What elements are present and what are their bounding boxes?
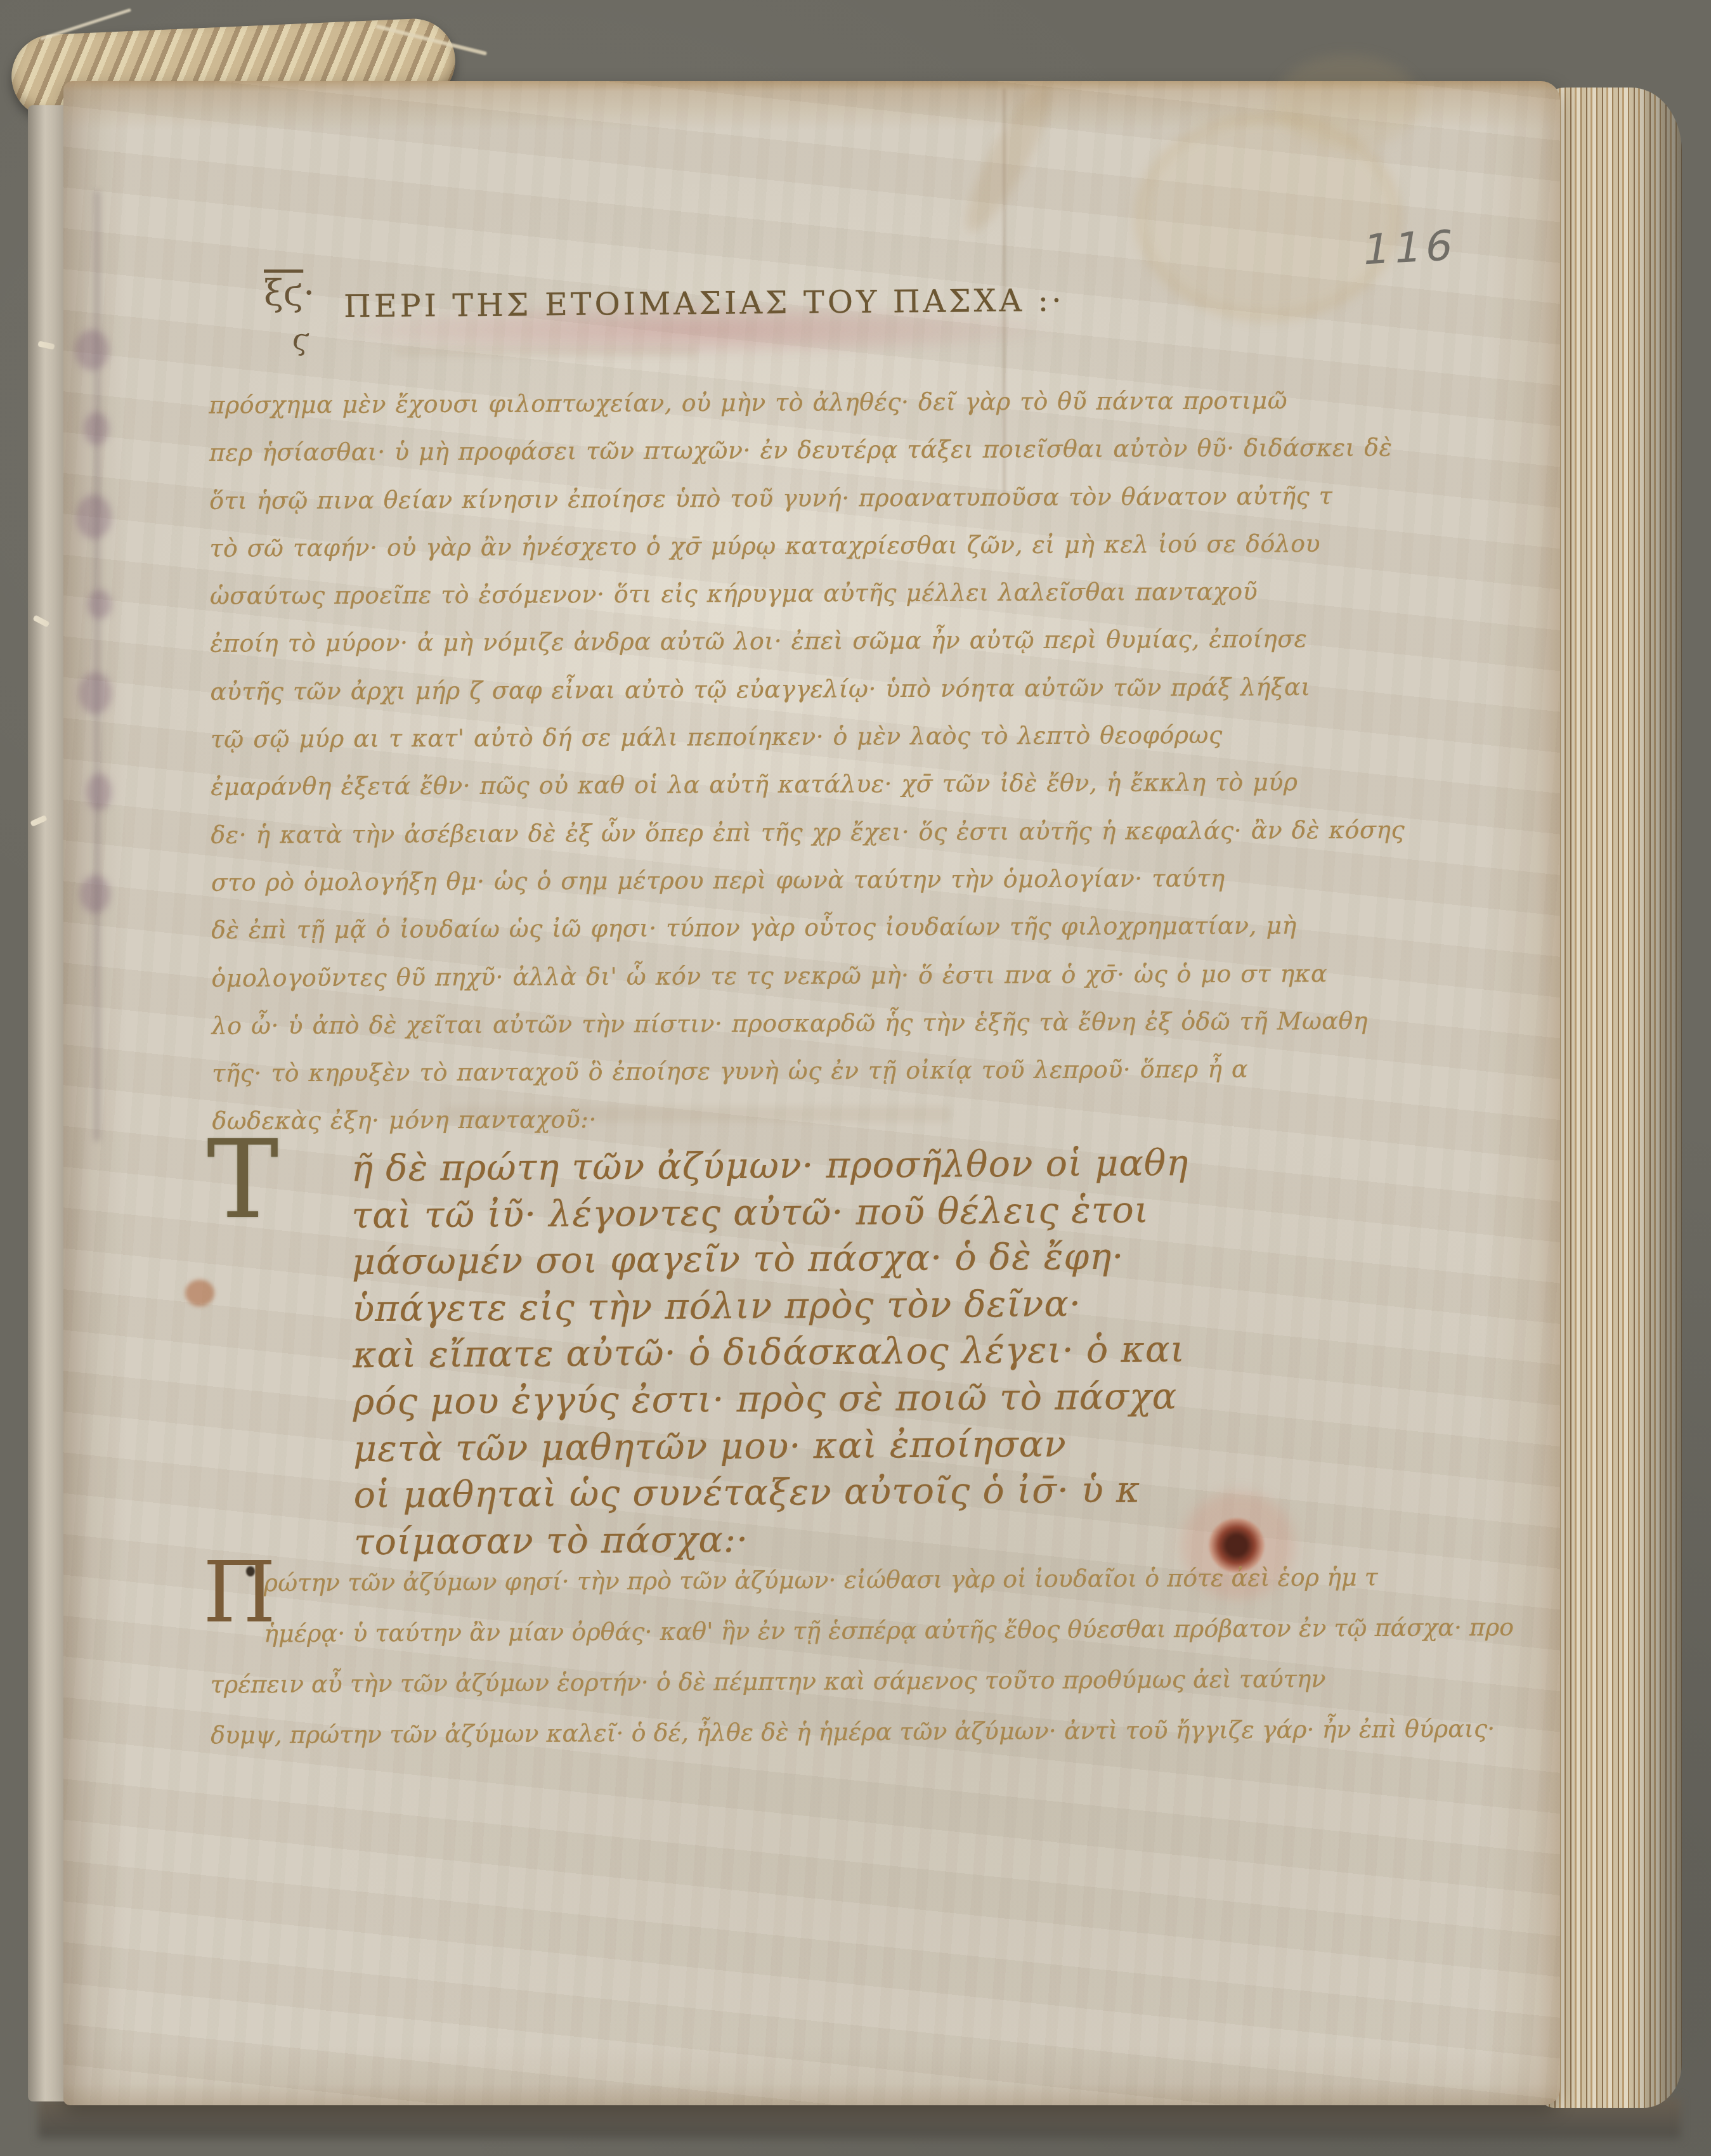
- text-line: αὐτῆς τῶν ἀρχι μήρ ζ σαφ εἶναι αὐτὸ τῷ ε…: [210, 663, 1301, 716]
- facing-leaf-edge: [28, 105, 68, 2101]
- text-line: ἡμέρᾳ· ὑ ταύτην ἂν μίαν ὀρθάς· καθ' ἣν ἐ…: [264, 1603, 1304, 1659]
- text-line: ῆ δὲ πρώτη τῶν ἀζύμων· προσῆλθον οἱ μαθη: [351, 1140, 1303, 1193]
- text-line: περ ἡσίασθαι· ὑ μὴ προφάσει τῶν πτωχῶν· …: [209, 425, 1300, 477]
- commentary-block-bottom: τρέπειν αὖ τὴν τῶν ἀζύμων ἑορτήν· ὁ δὲ π…: [211, 1653, 1302, 1760]
- gutter-crease: [94, 190, 100, 1141]
- text-line: ρώτην τῶν ἀζύμων φησί· τὴν πρὸ τῶν ἀζύμω…: [264, 1552, 1304, 1609]
- text-line: ὅτι ἡσῷ πινα θείαν κίνησιν ἐποίησε ὑπὸ τ…: [209, 472, 1300, 525]
- text-line: τὸ σῶ ταφήν· οὐ γὰρ ἂν ἠνέσχετο ὁ χσ̄ μύ…: [209, 520, 1300, 573]
- text-line: τῆς· τὸ κηρυξὲν τὸ πανταχοῦ ὃ ἐποίησε γυ…: [212, 1045, 1303, 1098]
- text-line: μάσωμέν σοι φαγεῖν τὸ πάσχα· ὁ δὲ ἔφη·: [352, 1233, 1303, 1286]
- text-line: ὡσαύτως προεῖπε τὸ ἐσόμενον· ὅτι εἰς κήρ…: [210, 568, 1301, 620]
- text-line: ἐμαράνθη ἐξετά ἔθν· πῶς οὐ καθ οἱ λα αὐτ…: [211, 759, 1301, 812]
- text-line: ἐποίη τὸ μύρον· ἀ μὴ νόμιζε ἀνδρα αὐτῶ λ…: [210, 616, 1301, 668]
- text-line: δυμψ, πρώτην τῶν ἀζύμων καλεῖ· ὁ δέ, ἦλθ…: [211, 1704, 1301, 1760]
- text-line: ὁμολογοῦντες θῦ πηχῦ· ἀλλὰ δι' ὧ κόν τε …: [211, 950, 1302, 1003]
- text-line: τῷ σῷ μύρ αι τ κατ' αὐτὸ δή σε μάλι πεπο…: [211, 711, 1301, 763]
- page-edge-stack: [1540, 88, 1682, 2108]
- ink-showthrough: [393, 346, 698, 357]
- commentary-block-bottom: ρώτην τῶν ἀζύμων φησί· τὴν πρὸ τῶν ἀζύμω…: [264, 1552, 1304, 1659]
- manuscript-photograph: { "manuscript": { "folio_number": "116",…: [0, 0, 1711, 2156]
- text-line: τρέπειν αὖ τὴν τῶν ἀζύμων ἑορτήν· ὁ δὲ π…: [211, 1653, 1301, 1710]
- text-line: δὲ ἐπὶ τῇ μᾷ ὁ ἰουδαίω ὡς ἰῶ φησι· τύπον…: [211, 902, 1302, 955]
- commentary-block-top: πρόσχημα μὲν ἔχουσι φιλοπτωχείαν, οὐ μὴν…: [209, 377, 1303, 1145]
- text-line: οἱ μαθηταὶ ὡς συνέταξεν αὐτοῖς ὁ ἰσ̄· ὑ …: [353, 1466, 1304, 1519]
- kephalaion-number: ξϛ·: [264, 273, 315, 314]
- mold-stain: [75, 330, 109, 370]
- folio-number: 116: [1359, 221, 1461, 275]
- text-line: καὶ εἴπατε αὐτῶ· ὁ διδάσκαλος λέγει· ὁ κ…: [353, 1326, 1304, 1379]
- text-line: ὑπάγετε εἰς τὴν πόλιν πρὸς τὸν δεῖνα·: [352, 1280, 1303, 1333]
- text-line: πρόσχημα μὲν ἔχουσι φιλοπτωχείαν, οὐ μὴν…: [209, 377, 1299, 429]
- text-line: δε· ἡ κατὰ τὴν ἀσέβειαν δὲ ἐξ ὧν ὅπερ ἐπ…: [211, 807, 1301, 859]
- text-line: ρός μου ἐγγύς ἐστι· πρὸς σὲ ποιῶ τὸ πάσχ…: [353, 1373, 1304, 1426]
- text-line: στο ρὸ ὁμολογήξη θμ· ὡς ὁ σημ μέτρου περ…: [211, 854, 1302, 907]
- text-line: λο ὦ· ὑ ἀπὸ δὲ χεῖται αὐτῶν τὴν πίστιν· …: [212, 997, 1303, 1050]
- chapter-title: ΠΕΡΙ ΤΗΣ ΕΤΟΙΜΑΣΙΑΣ ΤΟΥ ΠΑΣΧΑ :·: [344, 282, 1065, 325]
- text-line: ταὶ τῶ ἰῦ· λέγοντες αὐτῶ· ποῦ θέλεις ἑτο…: [351, 1186, 1303, 1239]
- gospel-lemma-block: ῆ δὲ πρώτη τῶν ἀζύμων· προσῆλθον οἱ μαθη…: [351, 1140, 1306, 1566]
- text-line: δωδεκὰς ἐξη· μόνη πανταχοῦ:·: [212, 1093, 1303, 1146]
- initial-letter-tau: Τ: [207, 1126, 278, 1234]
- text-line: μετὰ τῶν μαθητῶν μου· καὶ ἐποίησαν: [353, 1419, 1304, 1472]
